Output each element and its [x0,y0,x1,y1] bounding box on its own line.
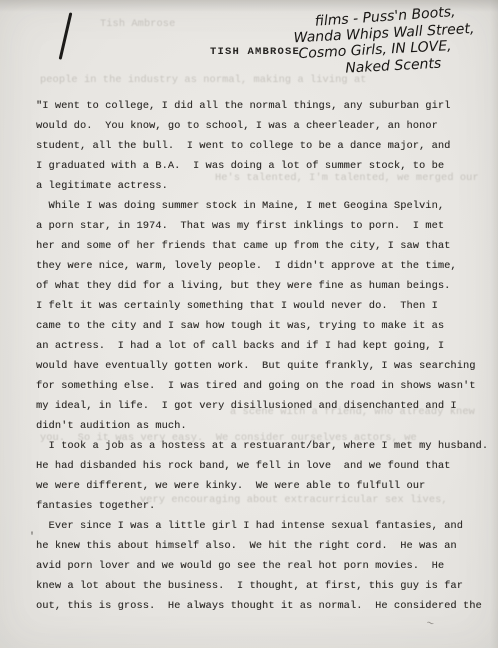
typed-line: an actress. I had a lot of call backs an… [36,336,486,356]
typed-line: knew a lot about the business. I thought… [36,576,486,596]
ghost-text-line: Tish Ambrose [100,18,175,30]
typed-line: I graduated with a B.A. I was doing a lo… [36,156,486,176]
interview-body-text: "I went to college, I did all the normal… [36,96,486,616]
scanned-page: Tish Ambrose people in the industry as n… [0,0,498,648]
typed-line: didn't audition as much. [36,416,486,436]
typed-line: "I went to college, I did all the normal… [36,96,486,116]
typed-line: would have eventually gotten work. But q… [36,356,486,376]
typed-line: would do. You know, go to school, I was … [36,116,486,136]
stray-pen-mark: ' [29,532,35,543]
typed-line: I felt it was certainly something that I… [36,296,486,316]
typed-line: her and some of her friends that came up… [36,236,486,256]
typed-line: out, this is gross. He always thought it… [36,596,486,616]
typed-line: they were nice, warm, lovely people. I d… [36,256,486,276]
typed-line: fantasies together. [36,496,486,516]
handwritten-slash-mark [59,12,72,59]
typed-line: avid porn lover and we would go see the … [36,556,486,576]
page-title: TISH AMBROSE [210,46,300,58]
page-right-edge-shadow [490,0,498,648]
typed-line: he knew this about himself also. We hit … [36,536,486,556]
typed-line: While I was doing summer stock in Maine,… [36,196,486,216]
typed-line: came to the city and I saw how tough it … [36,316,486,336]
typed-line: my ideal, in life. I got very disillusio… [36,396,486,416]
typed-line: I took a job as a hostess at a restuaran… [36,436,486,456]
typed-line: He had disbanded his rock band, we fell … [36,456,486,476]
typed-line: of what they did for a living, but they … [36,276,486,296]
typed-line: we were different, we were kinky. We wer… [36,476,486,496]
handwritten-film-list: films - Puss'n Boots, Wanda Whips Wall S… [292,3,498,80]
typed-line: Ever since I was a little girl I had int… [36,516,486,536]
typed-line: for something else. I was tired and goin… [36,376,486,396]
typed-line: a porn star, in 1974. That was my first … [36,216,486,236]
corner-squiggle-mark: ~ [425,617,436,630]
typed-line: student, all the bull. I went to college… [36,136,486,156]
typed-line: a legitimate actress. [36,176,486,196]
